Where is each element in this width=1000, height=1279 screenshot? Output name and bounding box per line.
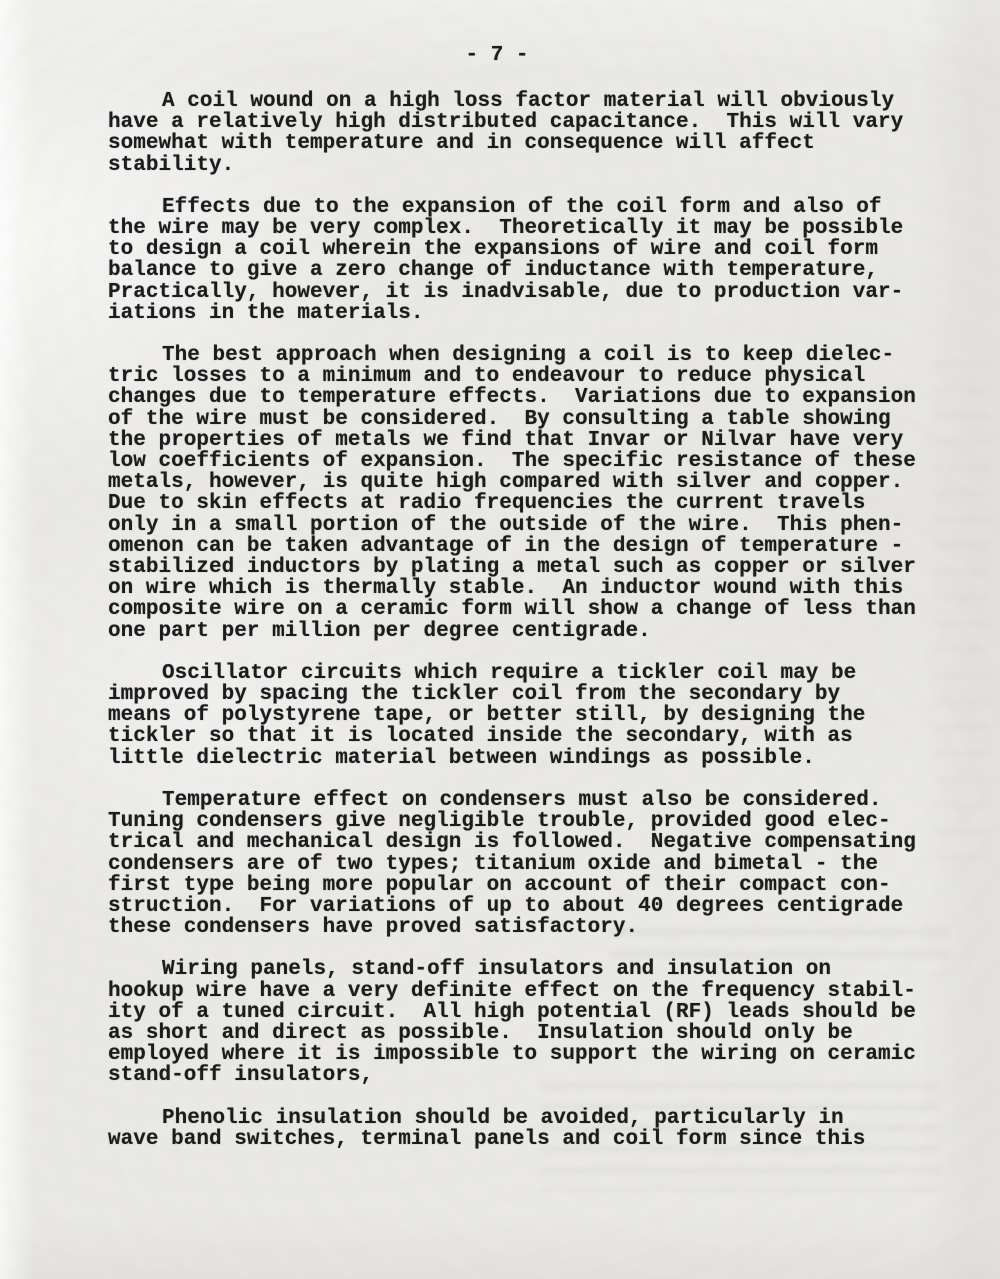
scanned-document-page: - 7 - A coil wound on a high loss factor… [0,0,1000,1279]
paragraph: A coil wound on a high loss factor mater… [108,91,938,176]
ink-bleed-through-smudge [934,360,990,880]
document-body: A coil wound on a high loss factor mater… [108,91,938,1171]
paragraph: Oscillator circuits which require a tick… [108,663,938,769]
paragraph: Phenolic insulation should be avoided, p… [108,1108,938,1150]
page-number: - 7 - [0,45,997,66]
paragraph: The best approach when designing a coil … [108,345,938,642]
paragraph: Temperature effect on condensers must al… [108,790,938,938]
paragraph: Effects due to the expansion of the coil… [108,197,938,324]
paragraph: Wiring panels, stand-off insulators and … [108,959,938,1086]
